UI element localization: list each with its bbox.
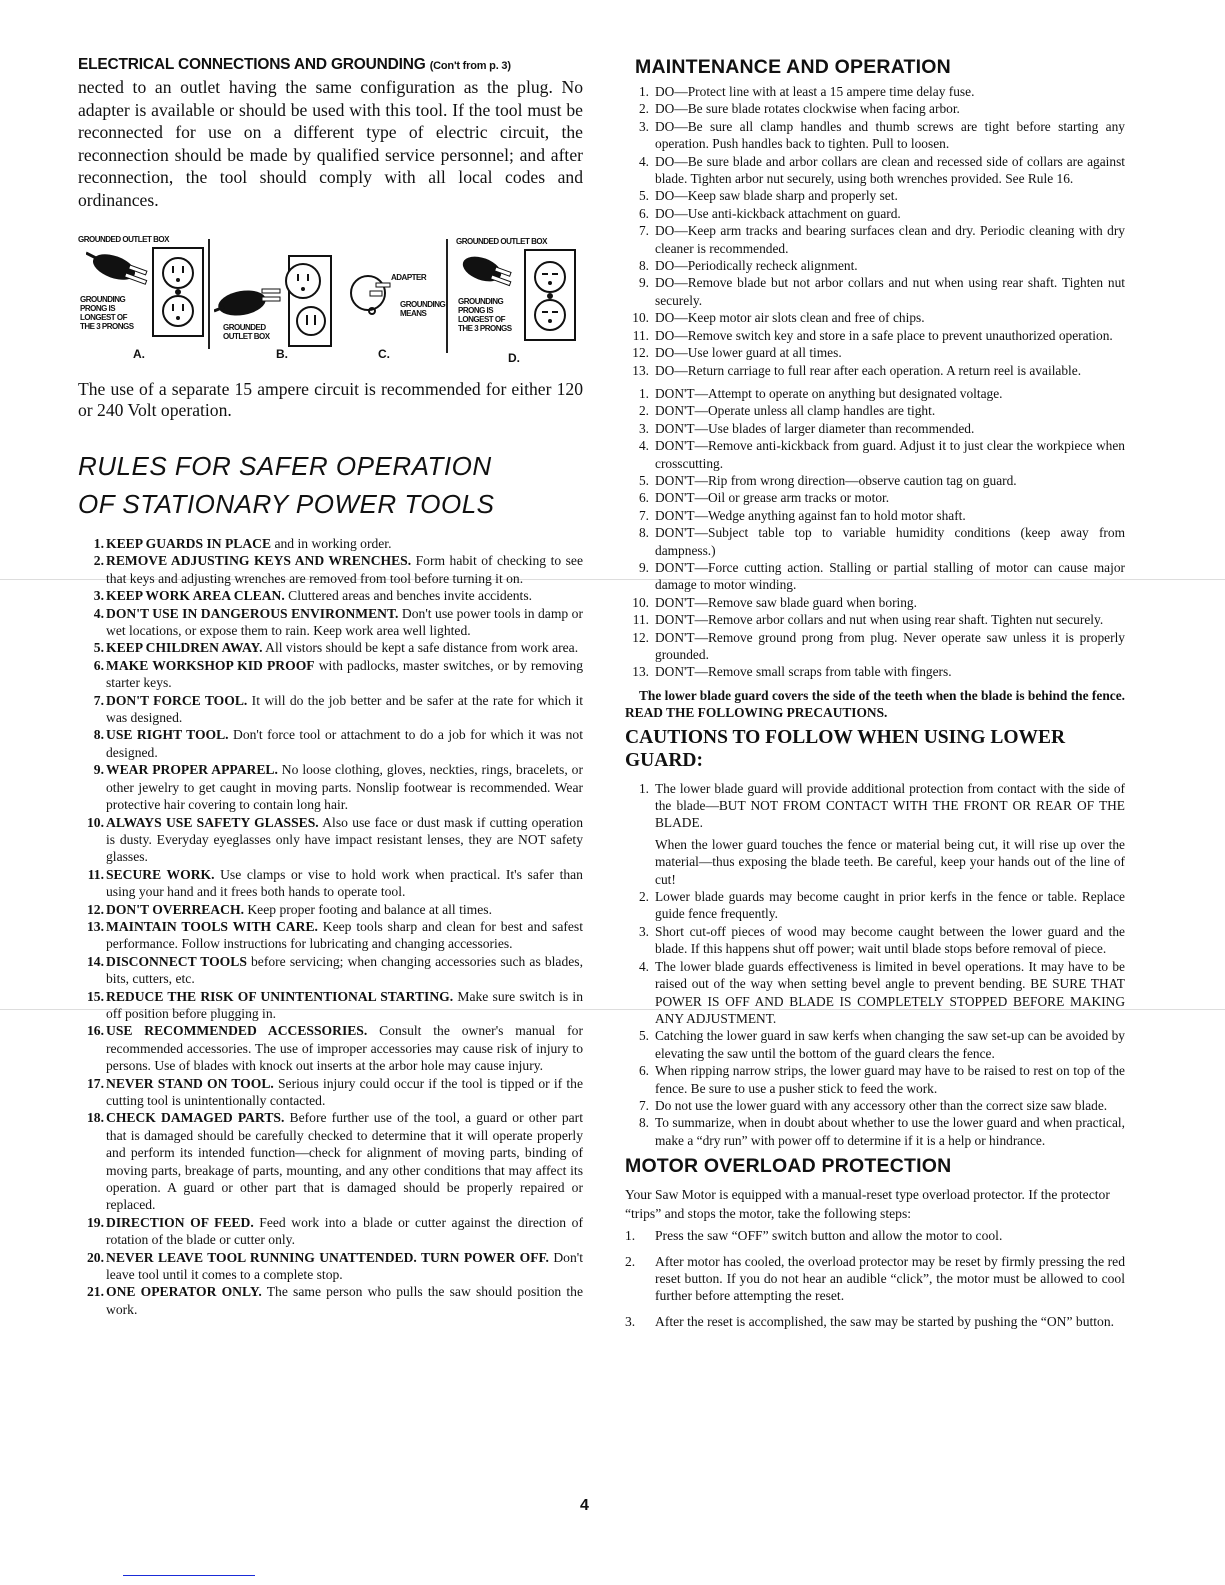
item-text: DON'T—Remove ground prong from plug. Nev…: [655, 630, 1125, 662]
motor-intro: Your Saw Motor is equipped with a manual…: [625, 1186, 1125, 1223]
right-column: MAINTENANCE AND OPERATION 1.DO—Protect l…: [625, 56, 1125, 1338]
rule-item: 6.MAKE WORKSHOP KID PROOF with padlocks,…: [90, 657, 583, 692]
rule-item: 7.DON'T FORCE TOOL. It will do the job b…: [90, 692, 583, 727]
circuit-note: The use of a separate 15 ampere circuit …: [78, 379, 583, 421]
diagram-letter-d: D.: [508, 351, 520, 365]
step-text: Press the saw “OFF” switch button and al…: [655, 1228, 1002, 1243]
item-text: DO—Keep arm tracks and bearing surfaces …: [655, 223, 1125, 255]
rule-title: KEEP GUARDS IN PLACE: [106, 536, 271, 551]
rule-item: 13.MAINTAIN TOOLS WITH CARE. Keep tools …: [90, 918, 583, 953]
item-number: 3.: [625, 420, 649, 437]
item-number: 5.: [625, 472, 649, 489]
rule-number: 9.: [82, 761, 104, 778]
item-number: 1.: [625, 385, 649, 402]
rule-text: and in working order.: [271, 536, 391, 551]
item-number: 4.: [625, 153, 649, 170]
item-text: DO—Keep saw blade sharp and properly set…: [655, 188, 898, 203]
rule-item: 10.ALWAYS USE SAFETY GLASSES. Also use f…: [90, 814, 583, 866]
rule-item: 1.KEEP GUARDS IN PLACE and in working or…: [90, 535, 583, 552]
item-text: The lower blade guards effectiveness is …: [655, 959, 1125, 1026]
electrical-text: nected to an outlet having the same conf…: [78, 76, 583, 211]
item-number: 2.: [625, 402, 649, 419]
item-text: The lower blade guard will provide addit…: [655, 781, 1125, 831]
item-text: DO—Remove switch key and store in a safe…: [655, 328, 1113, 343]
dont-item: 5.DON'T—Rip from wrong direction—observe…: [635, 472, 1125, 489]
step-number: 2.: [625, 1253, 635, 1270]
step-number: 1.: [625, 1227, 635, 1244]
item-number: 8.: [625, 1114, 649, 1131]
diagram-c-adapter-label: ADAPTER: [391, 273, 426, 282]
rule-number: 11.: [82, 866, 104, 883]
item-number: 3.: [625, 923, 649, 940]
step-number: 3.: [625, 1313, 635, 1330]
item-text: DON'T—Operate unless all clamp handles a…: [655, 403, 935, 418]
item-number: 12.: [625, 344, 649, 361]
dont-item: 7.DON'T—Wedge anything against fan to ho…: [635, 507, 1125, 524]
item-text: DO—Return carriage to full rear after ea…: [655, 363, 1081, 378]
dont-item: 3.DON'T—Use blades of larger diameter th…: [635, 420, 1125, 437]
rule-number: 16.: [82, 1022, 104, 1039]
item-number: 13.: [625, 663, 649, 680]
rule-number: 20.: [82, 1249, 104, 1266]
do-item: 5.DO—Keep saw blade sharp and properly s…: [635, 187, 1125, 204]
rule-item: 14.DISCONNECT TOOLS before servicing; wh…: [90, 953, 583, 988]
caution-item: 7.Do not use the lower guard with any ac…: [635, 1097, 1125, 1114]
item-number: 4.: [625, 958, 649, 975]
caution-item: 3.Short cut-off pieces of wood may becom…: [635, 923, 1125, 958]
rule-number: 10.: [82, 814, 104, 831]
cautions-list: 1.The lower blade guard will provide add…: [625, 780, 1125, 1150]
item-text: DO—Remove blade but not arbor collars an…: [655, 275, 1125, 307]
item-number: 9.: [625, 274, 649, 291]
motor-step: 1.Press the saw “OFF” switch button and …: [625, 1227, 1125, 1244]
rule-title: KEEP WORK AREA CLEAN.: [106, 588, 285, 603]
cautions-heading: CAUTIONS TO FOLLOW WHEN USING LOWER GUAR…: [625, 726, 1125, 772]
item-number: 10.: [625, 594, 649, 611]
outlet-240v-icon: [524, 249, 576, 341]
rule-item: 21.ONE OPERATOR ONLY. The same person wh…: [90, 1283, 583, 1318]
rule-item: 19.DIRECTION OF FEED. Feed work into a b…: [90, 1214, 583, 1249]
rule-number: 7.: [82, 692, 104, 709]
dont-list: 1.DON'T—Attempt to operate on anything b…: [625, 385, 1125, 681]
outlet-icon: [152, 247, 204, 337]
diagram-d-box-label: GROUNDED OUTLET BOX: [456, 237, 547, 246]
rule-item: 8.USE RIGHT TOOL. Don't force tool or at…: [90, 726, 583, 761]
rule-number: 12.: [82, 901, 104, 918]
rule-title: NEVER LEAVE TOOL RUNNING UNATTENDED. TUR…: [106, 1250, 549, 1265]
rule-item: 9.WEAR PROPER APPAREL. No loose clothing…: [90, 761, 583, 813]
rule-text: Keep proper footing and balance at all t…: [244, 902, 492, 917]
item-text: DO—Protect line with at least a 15 amper…: [655, 84, 974, 99]
diagram-letter-a: A.: [133, 347, 145, 361]
item-number: 12.: [625, 629, 649, 646]
do-item: 6.DO—Use anti-kickback attachment on gua…: [635, 205, 1125, 222]
rule-item: 11.SECURE WORK. Use clamps or vise to ho…: [90, 866, 583, 901]
item-text: DO—Use lower guard at all times.: [655, 345, 842, 360]
item-text: DON'T—Attempt to operate on anything but…: [655, 386, 1003, 401]
dont-item: 11.DON'T—Remove arbor collars and nut wh…: [635, 611, 1125, 628]
item-text: To summarize, when in doubt about whethe…: [655, 1115, 1125, 1147]
item-number: 2.: [625, 100, 649, 117]
item-text: DON'T—Wedge anything against fan to hold…: [655, 508, 966, 523]
item-number: 5.: [625, 1027, 649, 1044]
rule-item: 16.USE RECOMMENDED ACCESSORIES. Consult …: [90, 1022, 583, 1074]
rule-number: 2.: [82, 552, 104, 569]
item-number: 5.: [625, 187, 649, 204]
item-subtext: When the lower guard touches the fence o…: [655, 836, 1125, 888]
rule-title: SECURE WORK.: [106, 867, 214, 882]
rule-title: DON'T USE IN DANGEROUS ENVIRONMENT.: [106, 606, 398, 621]
item-text: DON'T—Oil or grease arm tracks or motor.: [655, 490, 889, 505]
do-item: 10.DO—Keep motor air slots clean and fre…: [635, 309, 1125, 326]
item-number: 7.: [625, 1097, 649, 1114]
rule-item: 18.CHECK DAMAGED PARTS. Before further u…: [90, 1109, 583, 1213]
motor-step: 2.After motor has cooled, the overload p…: [625, 1253, 1125, 1305]
caution-item: 1.The lower blade guard will provide add…: [635, 780, 1125, 888]
rule-number: 17.: [82, 1075, 104, 1092]
item-number: 11.: [625, 327, 649, 344]
item-number: 8.: [625, 524, 649, 541]
item-number: 10.: [625, 309, 649, 326]
item-number: 9.: [625, 559, 649, 576]
diagram-a-box-label: GROUNDED OUTLET BOX: [78, 235, 169, 244]
item-text: DO—Be sure all clamp handles and thumb s…: [655, 119, 1125, 151]
item-number: 2.: [625, 888, 649, 905]
rule-number: 1.: [82, 535, 104, 552]
rule-number: 18.: [82, 1109, 104, 1126]
grounding-diagram: GROUNDED OUTLET BOX GROUNDING PRONG IS L…: [78, 235, 583, 365]
rule-text: Cluttered areas and benches invite accid…: [285, 588, 532, 603]
rule-number: 13.: [82, 918, 104, 935]
dont-item: 10.DON'T—Remove saw blade guard when bor…: [635, 594, 1125, 611]
rule-title: DIRECTION OF FEED.: [106, 1215, 254, 1230]
do-item: 9.DO—Remove blade but not arbor collars …: [635, 274, 1125, 309]
electrical-heading: ELECTRICAL CONNECTIONS AND GROUNDING (Co…: [78, 56, 583, 74]
item-text: DON'T—Force cutting action. Stalling or …: [655, 560, 1125, 592]
item-text: DO—Periodically recheck alignment.: [655, 258, 858, 273]
motor-heading: MOTOR OVERLOAD PROTECTION: [625, 1155, 1125, 1178]
item-number: 3.: [625, 118, 649, 135]
caution-item: 5.Catching the lower guard in saw kerfs …: [635, 1027, 1125, 1062]
left-column: ELECTRICAL CONNECTIONS AND GROUNDING (Co…: [78, 56, 583, 1318]
rule-item: 20.NEVER LEAVE TOOL RUNNING UNATTENDED. …: [90, 1249, 583, 1284]
dont-item: 12.DON'T—Remove ground prong from plug. …: [635, 629, 1125, 664]
do-item: 13.DO—Return carriage to full rear after…: [635, 362, 1125, 379]
item-number: 13.: [625, 362, 649, 379]
item-text: DON'T—Subject table top to variable humi…: [655, 525, 1125, 557]
do-item: 8.DO—Periodically recheck alignment.: [635, 257, 1125, 274]
rule-item: 5.KEEP CHILDREN AWAY. All vistors should…: [90, 639, 583, 656]
motor-steps: 1.Press the saw “OFF” switch button and …: [625, 1227, 1125, 1330]
rule-title: USE RECOMMENDED ACCESSORIES.: [106, 1023, 367, 1038]
rule-number: 8.: [82, 726, 104, 743]
step-text: After the reset is accomplished, the saw…: [655, 1314, 1114, 1329]
rule-number: 15.: [82, 988, 104, 1005]
caution-item: 4.The lower blade guards effectiveness i…: [635, 958, 1125, 1028]
plug-icon: [214, 281, 284, 321]
outlet-with-adapter-icon: [283, 255, 333, 347]
rule-title: REDUCE THE RISK OF UNINTENTIONAL STARTIN…: [106, 989, 453, 1004]
caution-item: 6.When ripping narrow strips, the lower …: [635, 1062, 1125, 1097]
caution-item: 2.Lower blade guards may become caught i…: [635, 888, 1125, 923]
do-item: 3.DO—Be sure all clamp handles and thumb…: [635, 118, 1125, 153]
rules-list: 1.KEEP GUARDS IN PLACE and in working or…: [78, 535, 583, 1318]
do-item: 7.DO—Keep arm tracks and bearing surface…: [635, 222, 1125, 257]
item-text: Lower blade guards may become caught in …: [655, 889, 1125, 921]
item-number: 1.: [625, 83, 649, 100]
dont-item: 13.DON'T—Remove small scraps from table …: [635, 663, 1125, 680]
rule-title: USE RIGHT TOOL.: [106, 727, 229, 742]
rule-title: CHECK DAMAGED PARTS.: [106, 1110, 284, 1125]
do-list: 1.DO—Protect line with at least a 15 amp…: [625, 83, 1125, 379]
rule-number: 4.: [82, 605, 104, 622]
rule-title: KEEP CHILDREN AWAY.: [106, 640, 263, 655]
item-number: 8.: [625, 257, 649, 274]
diagram-c-means-label: GROUNDING MEANS: [400, 300, 440, 318]
rule-number: 5.: [82, 639, 104, 656]
item-text: DON'T—Remove anti-kickback from guard. A…: [655, 438, 1125, 470]
rule-title: MAINTAIN TOOLS WITH CARE.: [106, 919, 318, 934]
diagram-a-prong-label: GROUNDING PRONG IS LONGEST OF THE 3 PRON…: [80, 295, 140, 331]
item-number: 7.: [625, 507, 649, 524]
item-number: 1.: [625, 780, 649, 797]
diagram-d-prong-label: GROUNDING PRONG IS LONGEST OF THE 3 PRON…: [458, 297, 518, 333]
rule-title: ONE OPERATOR ONLY.: [106, 1284, 262, 1299]
do-item: 4.DO—Be sure blade and arbor collars are…: [635, 153, 1125, 188]
divider: [208, 239, 210, 349]
rule-title: DISCONNECT TOOLS: [106, 954, 247, 969]
page-number: 4: [580, 1497, 589, 1515]
rule-text: All vistors should be kept a safe distan…: [263, 640, 579, 655]
item-text: DO—Be sure blade rotates clockwise when …: [655, 101, 960, 116]
item-text: DO—Be sure blade and arbor collars are c…: [655, 154, 1125, 186]
dont-item: 8.DON'T—Subject table top to variable hu…: [635, 524, 1125, 559]
dont-item: 4.DON'T—Remove anti-kickback from guard.…: [635, 437, 1125, 472]
do-item: 1.DO—Protect line with at least a 15 amp…: [635, 83, 1125, 100]
dont-item: 6.DON'T—Oil or grease arm tracks or moto…: [635, 489, 1125, 506]
diagram-letter-c: C.: [378, 347, 390, 361]
item-text: DO—Keep motor air slots clean and free o…: [655, 310, 925, 325]
motor-step: 3.After the reset is accomplished, the s…: [625, 1313, 1125, 1330]
rule-item: 12.DON'T OVERREACH. Keep proper footing …: [90, 901, 583, 918]
item-number: 6.: [625, 205, 649, 222]
dont-item: 2.DON'T—Operate unless all clamp handles…: [635, 402, 1125, 419]
item-text: DO—Use anti-kickback attachment on guard…: [655, 206, 901, 221]
rule-number: 6.: [82, 657, 104, 674]
item-text: Catching the lower guard in saw kerfs wh…: [655, 1028, 1125, 1060]
rule-title: ALWAYS USE SAFETY GLASSES.: [106, 815, 319, 830]
item-text: DON'T—Rip from wrong direction—observe c…: [655, 473, 1017, 488]
rule-number: 3.: [82, 587, 104, 604]
item-text: DON'T—Remove saw blade guard when boring…: [655, 595, 917, 610]
dont-item: 9.DON'T—Force cutting action. Stalling o…: [635, 559, 1125, 594]
item-text: When ripping narrow strips, the lower gu…: [655, 1063, 1125, 1095]
item-text: Do not use the lower guard with any acce…: [655, 1098, 1107, 1113]
maintenance-heading: MAINTENANCE AND OPERATION: [635, 56, 1125, 79]
caution-item: 8.To summarize, when in doubt about whet…: [635, 1114, 1125, 1149]
do-item: 2.DO—Be sure blade rotates clockwise whe…: [635, 100, 1125, 117]
divider: [446, 239, 448, 353]
rule-title: REMOVE ADJUSTING KEYS AND WRENCHES.: [106, 553, 411, 568]
plug-icon: [86, 249, 156, 289]
do-item: 12.DO—Use lower guard at all times.: [635, 344, 1125, 361]
do-item: 11.DO—Remove switch key and store in a s…: [635, 327, 1125, 344]
item-number: 4.: [625, 437, 649, 454]
item-number: 11.: [625, 611, 649, 628]
rule-title: DON'T FORCE TOOL.: [106, 693, 247, 708]
lower-blade-note: The lower blade guard covers the side of…: [625, 687, 1125, 722]
continued-note: (Con't from p. 3): [430, 60, 511, 72]
rule-item: 17.NEVER STAND ON TOOL. Serious injury c…: [90, 1075, 583, 1110]
link-underline: [123, 1575, 255, 1576]
item-text: DON'T—Use blades of larger diameter than…: [655, 421, 974, 436]
rules-title: RULES FOR SAFER OPERATION OF STATIONARY …: [78, 447, 583, 523]
item-text: DON'T—Remove arbor collars and nut when …: [655, 612, 1103, 627]
rule-item: 2.REMOVE ADJUSTING KEYS AND WRENCHES. Fo…: [90, 552, 583, 587]
item-text: Short cut-off pieces of wood may become …: [655, 924, 1125, 956]
step-text: After motor has cooled, the overload pro…: [655, 1254, 1125, 1304]
item-text: DON'T—Remove small scraps from table wit…: [655, 664, 952, 679]
item-number: 7.: [625, 222, 649, 239]
rule-title: MAKE WORKSHOP KID PROOF: [106, 658, 315, 673]
item-number: 6.: [625, 489, 649, 506]
rule-title: DON'T OVERREACH.: [106, 902, 244, 917]
rule-number: 19.: [82, 1214, 104, 1231]
item-number: 6.: [625, 1062, 649, 1079]
diagram-letter-b: B.: [276, 347, 288, 361]
rule-item: 15.REDUCE THE RISK OF UNINTENTIONAL STAR…: [90, 988, 583, 1023]
diagram-b-box-label: GROUNDED OUTLET BOX: [223, 323, 273, 341]
rule-number: 21.: [82, 1283, 104, 1300]
rule-item: 4.DON'T USE IN DANGEROUS ENVIRONMENT. Do…: [90, 605, 583, 640]
rule-item: 3.KEEP WORK AREA CLEAN. Cluttered areas …: [90, 587, 583, 604]
rule-title: WEAR PROPER APPAREL.: [106, 762, 278, 777]
rule-number: 14.: [82, 953, 104, 970]
rule-title: NEVER STAND ON TOOL.: [106, 1076, 274, 1091]
plug-icon: [458, 251, 518, 291]
rule-text: Before further use of the tool, a guard …: [106, 1110, 583, 1212]
dont-item: 1.DON'T—Attempt to operate on anything b…: [635, 385, 1125, 402]
